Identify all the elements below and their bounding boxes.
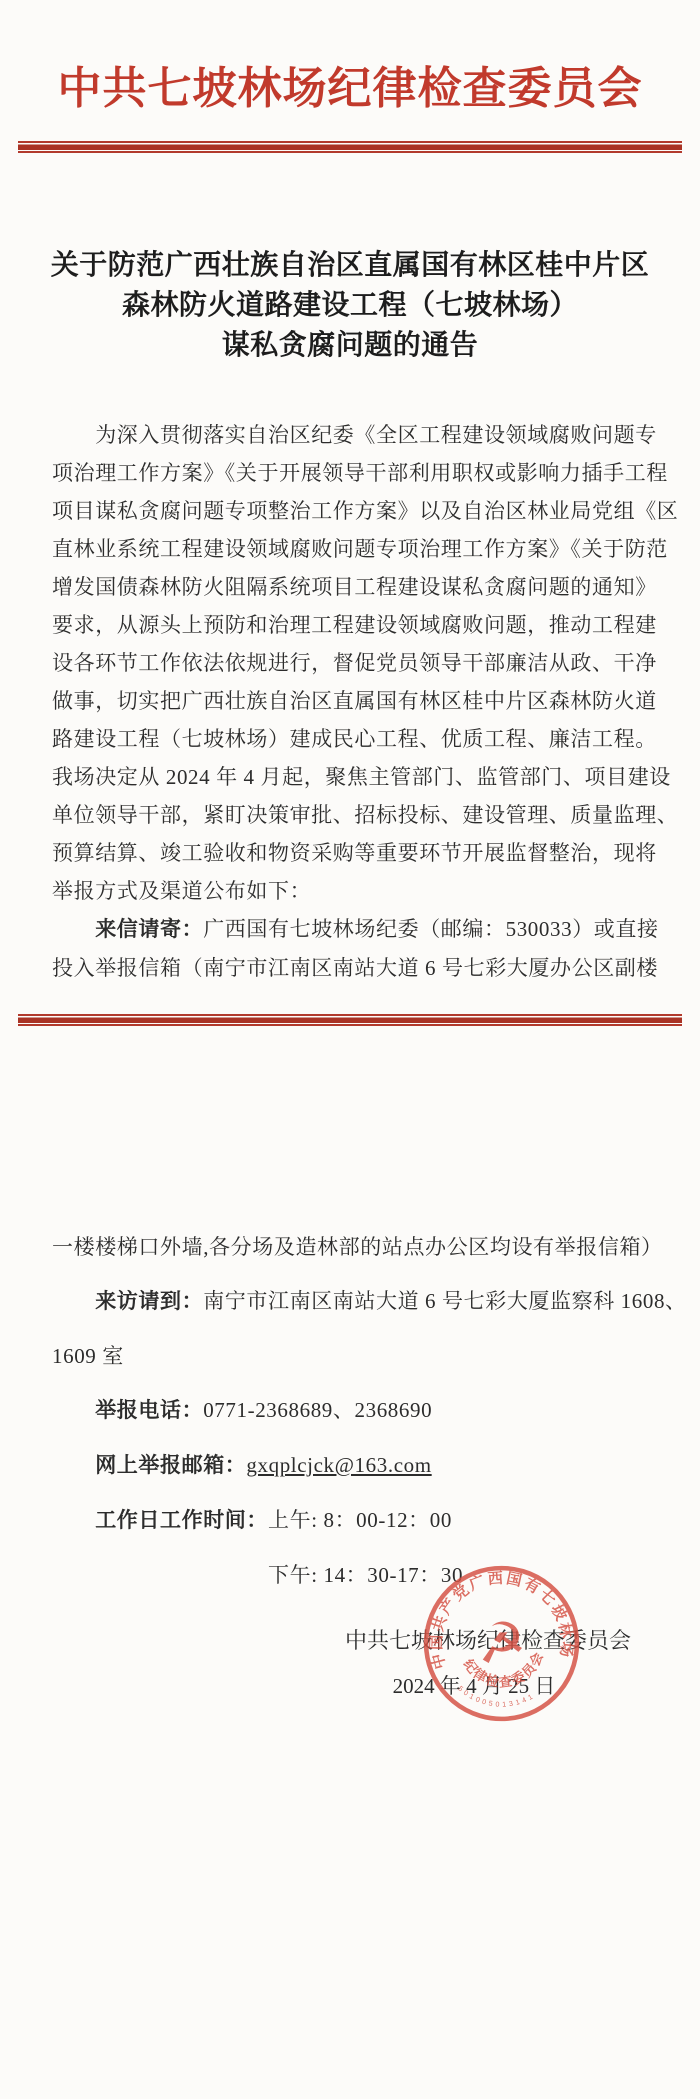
body-text-line: 项治理工作方案》《关于开展领导干部利用职权或影响力插手工程 [52,454,658,492]
line-text: 南宁市江南区南站大道 6 号七彩大厦监察科 1608、 [203,1289,686,1313]
scanned-notice-page: 中共七坡林场纪律检查委员会 关于防范广西壮族自治区直属国有林区桂中片区 森林防火… [0,0,700,2099]
line-text: 下午: 14：30-17：30 [52,1563,463,1587]
line-text: 0771-2368689、2368690 [203,1398,432,1422]
contact-text-line: 一楼楼梯口外墙,各分场及造林部的站点办公区均设有举报信箱） [52,1220,658,1274]
line-text: 预算结算、竣工验收和物资采购等重要环节开展监督整治，现将 [52,841,657,865]
signature-date: 2024 年 4 月 25 日 [329,1670,619,1700]
body-text-line: 单位领导干部，紧盯决策审批、招标投标、建设管理、质量监理、 [52,796,658,834]
document-title-line: 谋私贪腐问题的通告 [0,326,700,366]
signature-block: 中共七坡林场纪律检查委员会 2024 年 4 月 25 日 [343,1624,633,1700]
line-text: 举报方式及渠道公布如下： [52,879,311,903]
line-text: 广西国有七坡林场纪委（邮编：530033）或直接 [203,917,658,941]
line-text: 要求，从源头上预防和治理工程建设领域腐败问题，推动工程建 [52,613,657,637]
body-text-line: 增发国债森林防火阻隔系统项目工程建设谋私贪腐问题的通知》 [52,568,658,606]
line-text: 一楼楼梯口外墙,各分场及造林部的站点办公区均设有举报信箱） [52,1235,663,1259]
body-text-line: 我场决定从 2024 年 4 月起，聚焦主管部门、监管部门、项目建设 [52,758,658,796]
line-text: 增发国债森林防火阻隔系统项目工程建设谋私贪腐问题的通知》 [52,575,657,599]
bold-label: 来信请寄： [52,918,203,941]
body-text-line: 项目谋私贪腐问题专项整治工作方案》以及自治区林业局党组《区 [52,492,658,530]
bold-label: 举报电话： [52,1399,203,1422]
report-email-text: gxqplcjck@163.com [246,1453,431,1477]
contact-text-line: 工作日工作时间：上午: 8：00-12：00 [52,1493,658,1548]
bold-label: 来访请到： [52,1290,203,1313]
notice-body-page1: 为深入贯彻落实自治区纪委《全区工程建设领域腐败问题专 项治理工作方案》《关于开展… [52,416,658,987]
contact-text-line: 下午: 14：30-17：30 [52,1548,658,1602]
body-text-line: 做事，切实把广西壮族自治区直属国有林区桂中片区森林防火道 [52,682,658,720]
page-bottom-rule [18,1014,682,1026]
contact-text-line: 来访请到：南宁市江南区南站大道 6 号七彩大厦监察科 1608、 [52,1274,658,1329]
line-text: 1609 室 [52,1344,124,1368]
document-title: 关于防范广西壮族自治区直属国有林区桂中片区 森林防火道路建设工程（七坡林场） 谋… [0,246,700,366]
line-text: 我场决定从 2024 年 4 月起，聚焦主管部门、监管部门、项目建设 [52,765,671,789]
bold-label: 网上举报邮箱： [52,1454,246,1477]
line-text: 为深入贯彻落实自治区纪委《全区工程建设领域腐败问题专 [52,423,657,447]
line-text: 投入举报信箱（南宁市江南区南站大道 6 号七彩大厦办公区副楼 [52,956,658,980]
line-text: 项治理工作方案》《关于开展领导干部利用职权或影响力插手工程 [52,461,668,485]
contact-text-line: 网上举报邮箱：gxqplcjck@163.com [52,1438,658,1493]
line-text: 设各环节工作依法依规进行，督促党员领导干部廉洁从政、干净 [52,651,657,675]
line-text: 路建设工程（七坡林场）建成民心工程、优质工程、廉洁工程。 [52,727,657,751]
header-divider-rule [18,141,682,153]
body-text-line: 要求，从源头上预防和治理工程建设领域腐败问题，推动工程建 [52,606,658,644]
body-text-line: 举报方式及渠道公布如下： [52,872,658,910]
contact-text-line: 1609 室 [52,1329,658,1383]
signature-org-name: 中共七坡林场纪律检查委员会 [343,1624,633,1655]
contact-text-line: 举报电话：0771-2368689、2368690 [52,1383,658,1438]
body-text-line: 来信请寄：广西国有七坡林场纪委（邮编：530033）或直接 [52,910,658,949]
line-text: 上午: 8：00-12：00 [268,1508,452,1532]
document-title-line: 森林防火道路建设工程（七坡林场） [0,286,700,326]
line-text: 项目谋私贪腐问题专项整治工作方案》以及自治区林业局党组《区 [52,499,678,523]
notice-body-page2: 一楼楼梯口外墙,各分场及造林部的站点办公区均设有举报信箱） 来访请到：南宁市江南… [52,1220,658,1602]
body-text-line: 直林业系统工程建设领域腐败问题专项治理工作方案》《关于防范 [52,530,658,568]
body-text-line: 为深入贯彻落实自治区纪委《全区工程建设领域腐败问题专 [52,416,658,454]
body-text-line: 路建设工程（七坡林场）建成民心工程、优质工程、廉洁工程。 [52,720,658,758]
bold-label: 工作日工作时间： [52,1509,268,1532]
line-text: 单位领导干部，紧盯决策审批、招标投标、建设管理、质量监理、 [52,803,678,827]
issuing-org-header: 中共七坡林场纪律检查委员会 [0,52,700,116]
line-text: 直林业系统工程建设领域腐败问题专项治理工作方案》《关于防范 [52,537,668,561]
body-text-line: 预算结算、竣工验收和物资采购等重要环节开展监督整治，现将 [52,834,658,872]
line-text: 做事，切实把广西壮族自治区直属国有林区桂中片区森林防火道 [52,689,657,713]
body-text-line: 投入举报信箱（南宁市江南区南站大道 6 号七彩大厦办公区副楼 [52,949,658,987]
body-text-line: 设各环节工作依法依规进行，督促党员领导干部廉洁从政、干净 [52,644,658,682]
document-title-line: 关于防范广西壮族自治区直属国有林区桂中片区 [0,246,700,286]
